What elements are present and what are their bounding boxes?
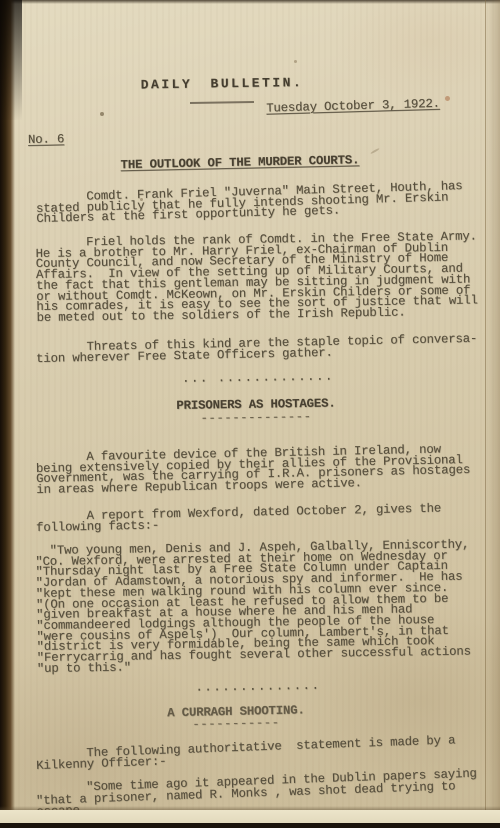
paragraph: Threats of this kind are the staple topi… [36, 334, 480, 365]
masthead-title: DAILY BULLETIN. [36, 75, 480, 92]
paragraph: A favourite device of the British in Ire… [36, 444, 481, 496]
paper-speck [140, 198, 143, 201]
page-top-edge [0, 0, 500, 4]
binding-edge [0, 0, 15, 828]
paper-speck [445, 96, 450, 101]
date-line: Tuesday October 3, 1922. [36, 96, 480, 121]
paragraph: Comdt. Frank Friel "Juverna" Main Street… [36, 181, 481, 225]
page-bottom-edge [0, 823, 500, 828]
dotted-separator: .............. [36, 679, 480, 695]
dotted-separator: ... ............. [36, 371, 480, 387]
paragraph: Friel holds the rank of Comdt. in the Fr… [35, 232, 480, 324]
issue-number-text: No. 6 [28, 132, 64, 147]
paragraph: A report from Wexford, dated October 2, … [36, 502, 480, 533]
paragraph: The following authoritative statement is… [36, 735, 480, 772]
issue-number: No. 6 [28, 125, 480, 145]
paper-speck [294, 60, 297, 63]
paper-speck [100, 112, 104, 116]
quoted-report-paragraph: "Two young men, Denis and J. Aspeh, Galb… [35, 540, 481, 675]
page-right-edge [485, 0, 500, 828]
typewritten-content: DAILY BULLETIN. Tuesday October 3, 1922.… [0, 0, 500, 828]
section-heading-text: THE OUTLOOK OF THE MURDER COURTS. [120, 154, 359, 173]
binding-edge-corner [0, 0, 22, 120]
scanned-page: DAILY BULLETIN. Tuesday October 3, 1922.… [0, 0, 500, 828]
section-heading-murder-courts: THE OUTLOOK OF THE MURDER COURTS. [36, 153, 480, 173]
scanner-bottom-strip [0, 810, 500, 823]
date-text: Tuesday October 3, 1922. [266, 96, 440, 115]
